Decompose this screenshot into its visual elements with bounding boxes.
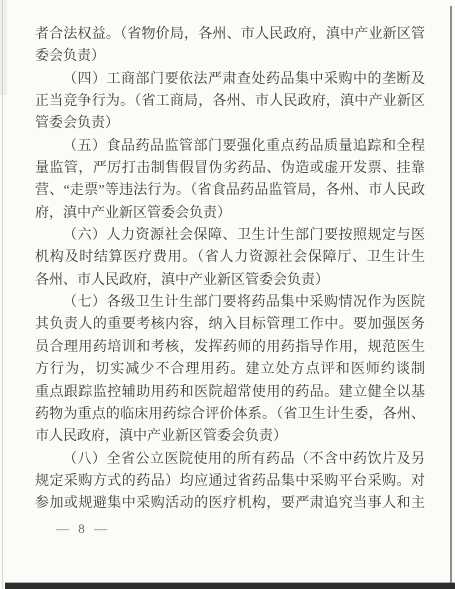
text-line: 各州、市人民政府，滇中产业新区管委会负责） xyxy=(35,270,425,292)
text-line: 市人民政府，滇中产业新区管委会负责） xyxy=(35,426,425,448)
text-line: 方行为，切实减少不合理用药。建立处方点评和医师约谈制度， xyxy=(35,359,425,381)
text-line: （六）人力资源社会保障、卫生计生部门要按照规定与医疗 xyxy=(35,225,425,247)
text-line: 府，滇中产业新区管委会负责） xyxy=(35,203,425,225)
page-number: — 8 — xyxy=(56,521,110,537)
text-line: 管委会负责） xyxy=(35,113,425,135)
text-line: 委会负责） xyxy=(35,46,425,68)
scan-left-edge-line xyxy=(2,0,3,589)
text-line: 重点跟踪监控辅助用药和医院超常使用的药品。建立健全以基本 xyxy=(35,382,425,404)
text-line: 规定采购方式的药品）均应通过省药品集中采购平台采购。对不 xyxy=(35,471,425,493)
text-line: 员合理用药培训和考核，发挥药师的用药指导作用，规范医生处 xyxy=(35,337,425,359)
text-line: （五）食品药品监管部门要强化重点药品质量追踪和全程质 xyxy=(35,136,425,158)
document-body-text: 者合法权益。（省物价局，各州、市人民政府，滇中产业新区管委会负责）（四）工商部门… xyxy=(35,24,425,516)
scan-right-edge-line xyxy=(450,6,452,589)
text-line: （四）工商部门要依法严肃查处药品集中采购中的垄断及不 xyxy=(35,69,425,91)
text-line: 者合法权益。（省物价局，各州、市人民政府，滇中产业新区管 xyxy=(35,24,425,46)
scan-bottom-shadow xyxy=(5,583,455,589)
text-line: 正当竞争行为。（省工商局，各州、市人民政府，滇中产业新区 xyxy=(35,91,425,113)
text-line: 其负责人的重要考核内容，纳入目标管理工作中。要加强医务人 xyxy=(35,314,425,336)
text-line: 量监管，严厉打击制售假冒伪劣药品、伪造或虚开发票、挂靠经 xyxy=(35,158,425,180)
text-line: 参加或规避集中采购活动的医疗机构，要严肃追究当事人和主管 xyxy=(35,493,425,515)
text-line: （七）各级卫生计生部门要将药品集中采购情况作为医院及 xyxy=(35,292,425,314)
scanned-document-page: { "page": { "number_label": "— 8 —", "li… xyxy=(0,0,455,589)
text-line: 机构及时结算医疗费用。（省人力资源社会保障厅、卫生计生委， xyxy=(35,247,425,269)
text-line: 营、“走票”等违法行为。（省食品药品监管局，各州、市人民政 xyxy=(35,180,425,202)
text-line: （八）全省公立医院使用的所有药品（不含中药饮片及另有 xyxy=(35,449,425,471)
text-line: 药物为重点的临床用药综合评价体系。（省卫生计生委，各州、 xyxy=(35,404,425,426)
